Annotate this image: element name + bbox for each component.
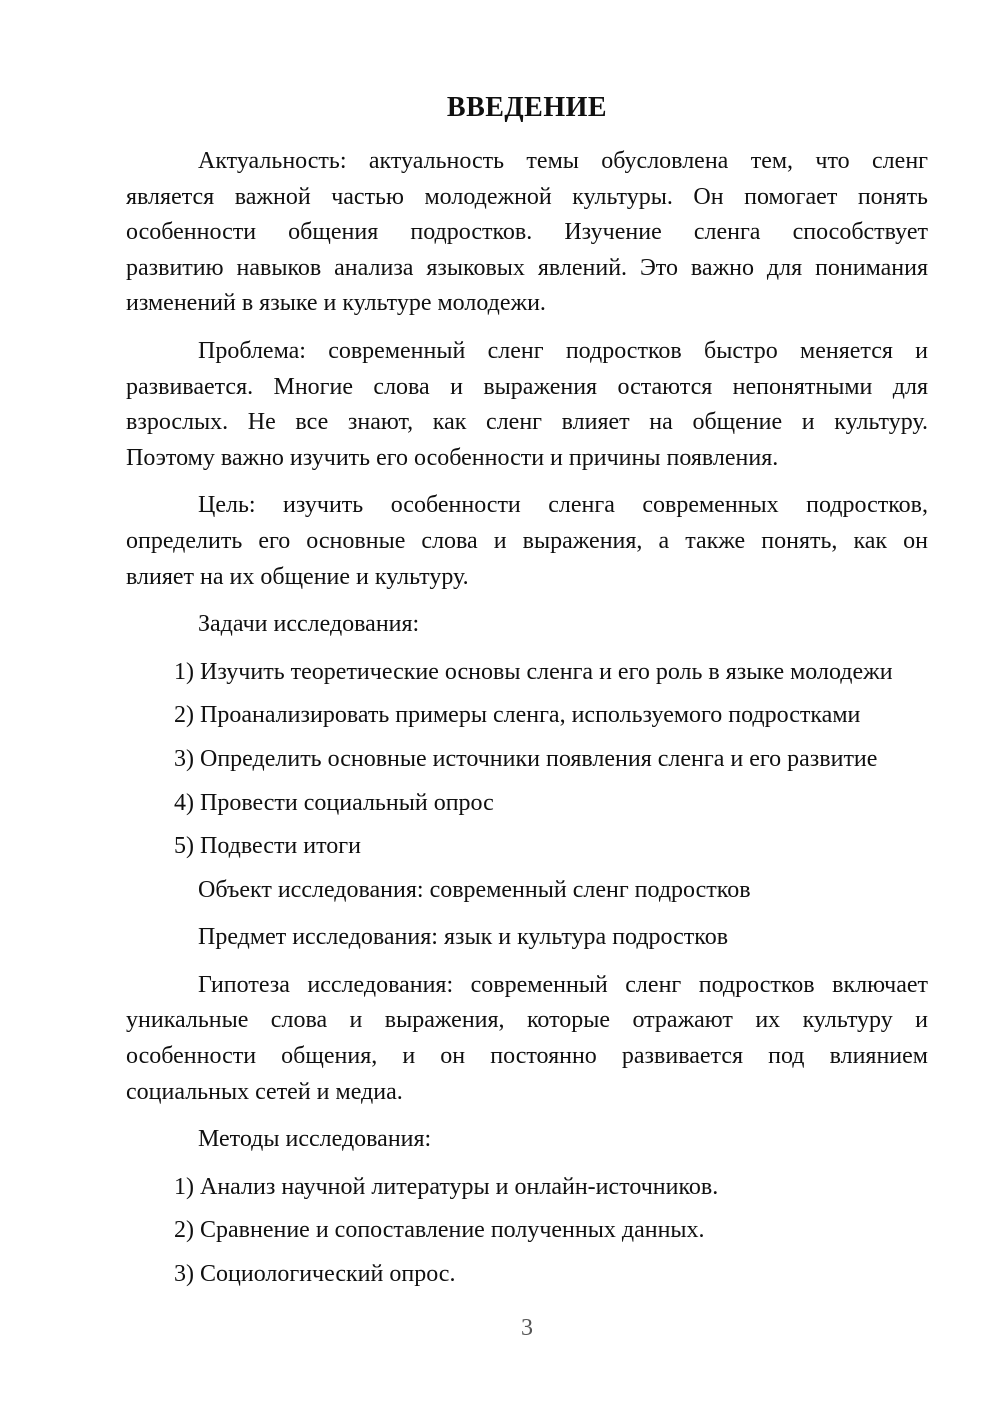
text-line: Предмет исследования: язык и культура по… bbox=[126, 920, 928, 956]
text-line: является важной частью молодежной культу… bbox=[126, 180, 928, 216]
page-title: ВВЕДЕНИЕ bbox=[126, 90, 928, 126]
method-item-1: 1) Анализ научной литературы и онлайн-ис… bbox=[126, 1170, 928, 1206]
text-line: развивается. Многие слова и выражения ос… bbox=[126, 370, 928, 406]
text-line: Проблема: современный сленг подростков б… bbox=[126, 334, 928, 370]
page-number: 3 bbox=[126, 1311, 928, 1347]
text-line: изменений в языке и культуре молодежи. bbox=[126, 286, 928, 322]
text-line: определить его основные слова и выражени… bbox=[126, 524, 928, 560]
text-line: взрослых. Не все знают, как сленг влияет… bbox=[126, 405, 928, 441]
paragraph-object: Объект исследования: современный сленг п… bbox=[126, 873, 928, 909]
document-page: ВВЕДЕНИЕ Актуальность: актуальность темы… bbox=[0, 0, 1000, 1414]
task-item-4: 4) Провести социальный опрос bbox=[126, 786, 928, 822]
text-line: Задачи исследования: bbox=[126, 607, 928, 643]
text-line: влияет на их общение и культуру. bbox=[126, 560, 928, 596]
text-line: уникальные слова и выражения, которые от… bbox=[126, 1003, 928, 1039]
task-item-3: 3) Определить основные источники появлен… bbox=[126, 742, 928, 778]
method-item-3: 3) Социологический опрос. bbox=[126, 1257, 928, 1293]
text-line: особенности общения, и он постоянно разв… bbox=[126, 1039, 928, 1075]
text-line: социальных сетей и медиа. bbox=[126, 1075, 928, 1111]
methods-heading: Методы исследования: bbox=[126, 1122, 928, 1158]
paragraph-subject: Предмет исследования: язык и культура по… bbox=[126, 920, 928, 956]
text-line: Поэтому важно изучить его особенности и … bbox=[126, 441, 928, 477]
text-line: Методы исследования: bbox=[126, 1122, 928, 1158]
text-line: Актуальность: актуальность темы обусловл… bbox=[126, 144, 928, 180]
tasks-list: 1) Изучить теоретические основы сленга и… bbox=[126, 655, 928, 865]
text-line: Гипотеза исследования: современный сленг… bbox=[126, 968, 928, 1004]
task-item-1: 1) Изучить теоретические основы сленга и… bbox=[126, 655, 928, 691]
text-line: Объект исследования: современный сленг п… bbox=[126, 873, 928, 909]
paragraph-goal: Цель: изучить особенности сленга совреме… bbox=[126, 488, 928, 595]
text-line: особенности общения подростков. Изучение… bbox=[126, 215, 928, 251]
task-item-2: 2) Проанализировать примеры сленга, испо… bbox=[126, 698, 928, 734]
task-item-5: 5) Подвести итоги bbox=[126, 829, 928, 865]
paragraph-relevance: Актуальность: актуальность темы обусловл… bbox=[126, 144, 928, 322]
tasks-heading: Задачи исследования: bbox=[126, 607, 928, 643]
text-line: развитию навыков анализа языковых явлени… bbox=[126, 251, 928, 287]
paragraph-hypothesis: Гипотеза исследования: современный сленг… bbox=[126, 968, 928, 1110]
text-line: Цель: изучить особенности сленга совреме… bbox=[126, 488, 928, 524]
paragraph-problem: Проблема: современный сленг подростков б… bbox=[126, 334, 928, 476]
methods-list: 1) Анализ научной литературы и онлайн-ис… bbox=[126, 1170, 928, 1293]
method-item-2: 2) Сравнение и сопоставление полученных … bbox=[126, 1213, 928, 1249]
